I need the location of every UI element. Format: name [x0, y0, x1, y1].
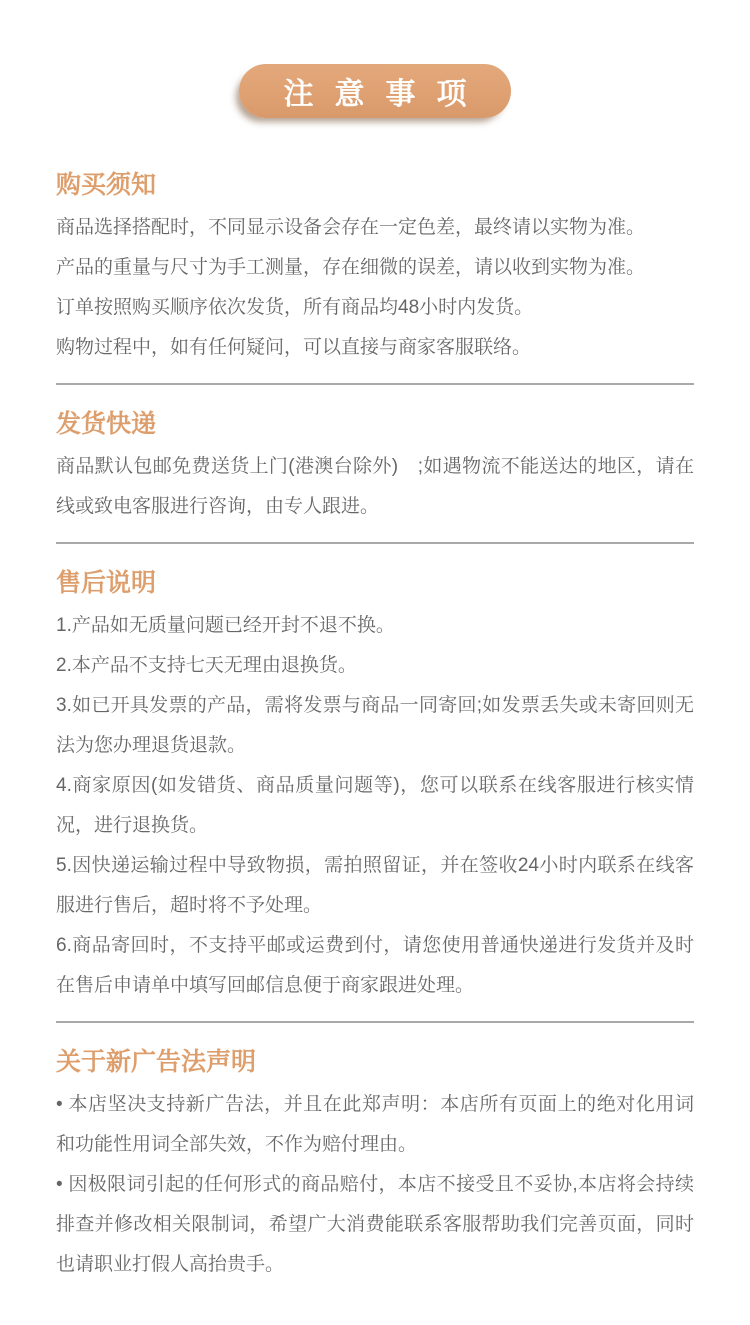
paragraph: 订单按照购买顺序依次发货，所有商品均48小时内发货。 [56, 288, 694, 328]
section-ad-law-statement: 关于新广告法声明 • 本店坚决支持新广告法，并且在此郑声明：本店所有页面上的绝对… [56, 1047, 694, 1285]
badge-wrap: 注意事项 [0, 0, 750, 118]
list-item: 4.商家原因(如发错货、商品质量问题等)，您可以联系在线客服进行核实情况，进行退… [56, 766, 694, 846]
list-item: 6.商品寄回时，不支持平邮或运费到付，请您使用普通快递进行发货并及时在售后申请单… [56, 926, 694, 1006]
list-item: 3.如已开具发票的产品，需将发票与商品一同寄回;如发票丢失或未寄回则无法为您办理… [56, 686, 694, 766]
bullet-item: • 本店坚决支持新广告法，并且在此郑声明：本店所有页面上的绝对化用词和功能性用词… [56, 1085, 694, 1165]
list-item: 2.本产品不支持七天无理由退换货。 [56, 646, 694, 686]
section-purchase-notes: 购买须知 商品选择搭配时，不同显示设备会存在一定色差，最终请以实物为准。 产品的… [56, 170, 694, 368]
section-title: 售后说明 [56, 568, 694, 598]
list-item: 5.因快递运输过程中导致物损，需拍照留证，并在签收24小时内联系在线客服进行售后… [56, 846, 694, 926]
paragraph: 商品选择搭配时，不同显示设备会存在一定色差，最终请以实物为准。 [56, 208, 694, 248]
section-divider [56, 383, 694, 385]
section-shipping: 发货快递 商品默认包邮免费送货上门(港澳台除外) ;如遇物流不能送达的地区，请在… [56, 409, 694, 527]
notice-content: 购买须知 商品选择搭配时，不同显示设备会存在一定色差，最终请以实物为准。 产品的… [0, 170, 750, 1285]
paragraph: 购物过程中，如有任何疑问，可以直接与商家客服联络。 [56, 328, 694, 368]
notice-title-badge: 注意事项 [239, 64, 511, 118]
bullet-item: • 因极限词引起的任何形式的商品赔付，本店不接受且不妥协,本店将会持续排查并修改… [56, 1165, 694, 1285]
section-title: 购买须知 [56, 170, 694, 200]
section-title: 发货快递 [56, 409, 694, 439]
section-after-sales: 售后说明 1.产品如无质量问题已经开封不退不换。 2.本产品不支持七天无理由退换… [56, 568, 694, 1006]
paragraph: 产品的重量与尺寸为手工测量，存在细微的误差，请以收到实物为准。 [56, 248, 694, 288]
paragraph: 商品默认包邮免费送货上门(港澳台除外) ;如遇物流不能送达的地区，请在线或致电客… [56, 447, 694, 527]
section-divider [56, 1021, 694, 1023]
notice-page: 注意事项 购买须知 商品选择搭配时，不同显示设备会存在一定色差，最终请以实物为准… [0, 0, 750, 1325]
section-title: 关于新广告法声明 [56, 1047, 694, 1077]
list-item: 1.产品如无质量问题已经开封不退不换。 [56, 606, 694, 646]
section-divider [56, 542, 694, 544]
